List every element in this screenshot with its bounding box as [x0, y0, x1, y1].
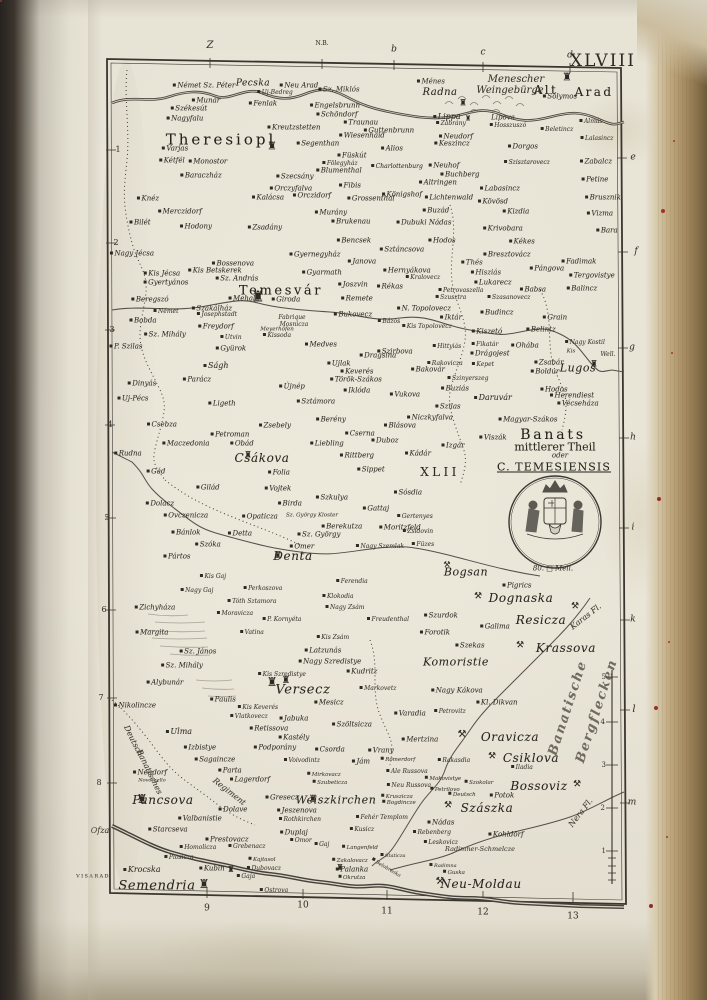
map-label: Nagy Kostil	[565, 340, 605, 346]
map-label: Gresecz	[266, 795, 299, 802]
frame-coordinate-label: 4	[107, 421, 112, 429]
map-label: Pártos	[163, 554, 190, 561]
map-label: Sz. György Kloster	[286, 513, 338, 519]
map-label: Kis Gaj	[200, 574, 226, 580]
frame-coordinate-label: 5	[104, 514, 109, 522]
map-label: Szisztarovecz	[504, 160, 550, 166]
map-label: Nagy Gaj	[181, 588, 214, 594]
map-label: Hisziás	[471, 270, 501, 277]
red-edge-speckles	[0, 0, 2, 2]
map-label: Thés	[461, 260, 482, 267]
map-label: Szokolar	[465, 780, 494, 787]
map-label: Arad	[575, 86, 614, 98]
map-label: Kohldörf	[488, 832, 523, 839]
map-label: Rékas	[377, 284, 403, 291]
map-label: Gád	[147, 469, 166, 476]
map-label: Fikatár	[472, 342, 499, 348]
map-label: Makovistye	[425, 776, 461, 783]
map-label: Dolacz	[146, 501, 174, 508]
scanned-atlas-page: TheresioplTemesvárAltAradBanatsmittlerer…	[0, 0, 707, 1000]
map-label: Vizma	[587, 211, 613, 218]
map-label: Német Sz. Péter	[173, 83, 235, 90]
map-label: Parácz	[183, 377, 211, 384]
map-label: Semendria	[118, 880, 195, 893]
map-label: Kl. Dikvan	[476, 700, 517, 707]
map-label: Segenthan	[297, 141, 340, 148]
map-label: Römerdorf	[381, 757, 416, 764]
scale-tick-number: 3	[602, 761, 606, 769]
map-label: Iktár	[440, 315, 462, 322]
map-layer: TheresioplTemesvárAltAradBanatsmittlerer…	[0, 0, 707, 1000]
map-label: Kövösd	[478, 199, 508, 206]
map-label: Medves	[305, 342, 337, 349]
map-label: Iklóda	[344, 388, 371, 395]
map-label: Bánlok	[171, 530, 200, 537]
map-label: Boldur	[531, 369, 559, 376]
map-label: Kizdia	[503, 209, 530, 216]
map-label: Szurdok	[424, 613, 458, 620]
map-label: Dolave	[219, 807, 248, 814]
map-label: Forotik	[420, 630, 450, 637]
map-label: Babsa	[520, 287, 546, 294]
map-label: Knéz	[137, 196, 159, 203]
map-label: Beletincz	[541, 127, 574, 133]
map-label: Markovetz	[360, 686, 397, 692]
mine-hammer-pick-icon: ⚒	[488, 753, 496, 762]
map-label: Kudritz	[347, 669, 378, 676]
map-label: Csákova	[234, 452, 289, 464]
map-label: Staticza	[381, 853, 406, 859]
map-label: Jabuka	[280, 716, 309, 723]
map-label: Török-Szákos	[330, 377, 382, 384]
map-label: Ujlak	[327, 361, 350, 368]
town-tower-icon: ♜	[562, 72, 572, 83]
map-label: Bukovecz	[334, 312, 372, 319]
map-label: Jeszenova	[277, 808, 317, 815]
map-label: Szasanovecz	[488, 295, 531, 301]
map-label: Ohába	[511, 343, 539, 350]
town-tower-icon: ♜	[137, 793, 148, 805]
town-tower-icon: ♜	[251, 290, 264, 305]
map-label: Keverés	[341, 369, 374, 376]
frame-coordinate-label: 12	[477, 909, 488, 918]
map-label: Szekas	[455, 643, 484, 650]
map-label: Retissova	[250, 726, 289, 733]
map-label: Ságh	[203, 362, 228, 370]
map-label: Daruvár	[474, 394, 512, 402]
map-label: Kiszetó	[472, 329, 502, 336]
map-label: Gertenyes	[397, 514, 433, 520]
map-label: Petroman	[211, 432, 250, 439]
map-label: Rudna	[114, 451, 141, 458]
map-label: Krassova	[536, 642, 596, 654]
map-label: Iladia	[511, 765, 533, 771]
map-label: Gattaj	[363, 506, 389, 513]
map-label: Radimna	[429, 863, 456, 869]
map-label: Zsebely	[259, 423, 291, 430]
map-label: Budincz	[481, 310, 514, 317]
town-tower-icon: ♜	[267, 676, 278, 688]
map-label: Vukova	[390, 392, 420, 399]
map-label: Voivodintz	[284, 758, 320, 764]
map-label: Radna	[422, 88, 457, 98]
map-label: Szinyerszeg	[448, 376, 489, 382]
map-label: Kis Betskerek	[188, 268, 242, 275]
map-label: Ménes	[417, 79, 445, 86]
map-label: Vrany	[368, 748, 394, 755]
map-label: Buchberg	[440, 172, 479, 179]
map-label: Starcseva	[148, 827, 187, 834]
map-label: Galima	[480, 624, 510, 631]
frame-coordinate-label: g	[629, 344, 635, 353]
map-label: Ligeth	[208, 401, 235, 408]
map-label: Almás	[579, 119, 602, 125]
map-label: Merczidorf	[158, 209, 202, 216]
map-label: Kissoda	[263, 333, 291, 339]
map-label: Nagy Kákova	[431, 688, 482, 695]
map-label: Gyertyános	[144, 280, 189, 287]
map-label: Balincz	[567, 286, 597, 293]
frame-coordinate-label: f	[634, 248, 637, 257]
map-label: Dubuki Nádas	[397, 220, 452, 227]
mine-hammer-pick-icon: ⚒	[571, 603, 579, 612]
map-label: oder	[552, 453, 568, 460]
map-label: Folia	[268, 470, 290, 477]
map-label: Niczkyfalva	[407, 415, 453, 422]
map-label: Duplaj	[280, 830, 308, 837]
town-tower-icon: ♜	[274, 552, 281, 560]
mine-hammer-pick-icon: ⚒	[436, 877, 445, 887]
frame-coordinate-label: m	[628, 799, 637, 808]
map-label: Omor	[290, 838, 312, 844]
map-label: Nádas	[427, 820, 454, 827]
map-label: P. Kornyéta	[263, 617, 302, 623]
map-label: Füzes	[412, 542, 434, 548]
map-label: Tóth Sztamora	[228, 599, 277, 605]
map-label: Neu Russova	[387, 783, 431, 789]
map-label: Nagy Zsám	[326, 605, 365, 611]
map-label: 80. □ Meil.	[533, 566, 573, 573]
map-label: Krocska	[123, 866, 160, 874]
map-label: Varjas	[162, 146, 188, 153]
map-label: Brusznik	[585, 195, 621, 202]
map-label: Dinyás	[128, 381, 157, 388]
map-label: Jám	[352, 759, 370, 766]
map-label: Baraczház	[180, 173, 221, 180]
map-label: Grain	[543, 315, 567, 322]
map-label: Murány	[315, 210, 347, 217]
map-label: Csiklova	[503, 752, 559, 764]
book-binding-shadow	[0, 0, 95, 1000]
map-label: Fibis	[339, 183, 361, 190]
scale-tick-number: 5	[602, 673, 606, 681]
map-label: Janova	[348, 259, 376, 266]
map-label: Klokodia	[322, 594, 353, 600]
map-label: Fenlak	[249, 101, 277, 108]
map-label: Omer	[290, 544, 314, 551]
map-label: Grossenthal	[347, 196, 394, 203]
map-label: Ulma	[166, 728, 192, 736]
map-label: Munár	[192, 98, 220, 105]
map-label: Székesút	[171, 106, 207, 113]
map-label: Sólymos	[543, 94, 577, 101]
map-label: Rebenberg	[413, 830, 451, 836]
frame-coordinate-label: h	[630, 434, 636, 443]
frame-coordinate-label: 9	[204, 905, 210, 914]
map-label: Füskút	[337, 153, 366, 160]
map-label: Remete	[341, 296, 373, 303]
map-label: Hodos	[428, 238, 455, 245]
map-label: Novoszello	[138, 779, 166, 784]
frame-coordinate-label: 3	[109, 326, 114, 334]
map-label: Buziás	[441, 386, 469, 393]
map-label: Gaja	[237, 874, 255, 880]
map-label: Vécseháza	[557, 401, 598, 408]
map-label: Sz. Miklós	[318, 87, 359, 94]
map-label: Sz. Mihály	[161, 663, 203, 670]
town-tower-icon: ♜	[199, 878, 210, 890]
map-label: Neuhof	[429, 163, 460, 170]
scale-tick-number: 1	[602, 847, 606, 855]
scale-tick-number: 2	[601, 804, 605, 812]
map-label: Német	[154, 309, 179, 315]
map-label: Josephstadt	[197, 312, 237, 318]
map-label: Nagy Szemlak	[356, 544, 404, 550]
map-label: Traunau	[344, 120, 378, 127]
map-label: Petrovitz	[434, 709, 466, 715]
page-number: XLVIII	[570, 51, 636, 71]
map-label: Vlatkovecz	[230, 714, 267, 720]
map-label: Wiesenhaid	[339, 133, 385, 140]
map-label: Lagerdorf	[230, 777, 270, 784]
map-label: Csorda	[315, 747, 345, 754]
map-label: Resicza	[516, 614, 567, 626]
map-label: Beregszó	[131, 297, 168, 304]
map-label: Kepet	[472, 362, 494, 368]
map-label: Sz. Mihály	[144, 332, 186, 339]
map-label: Homolicza	[180, 845, 217, 851]
map-label: Szkulya	[316, 495, 348, 502]
map-label: Szecsány	[276, 174, 313, 181]
frame-coordinate-label: e	[630, 154, 635, 163]
map-label: Sagaincze	[195, 757, 236, 764]
town-tower-icon: ♜	[336, 864, 343, 872]
map-label: Izbistye	[184, 745, 216, 752]
mine-hammer-pick-icon: ⚒	[444, 802, 452, 811]
map-label: Szászka	[461, 802, 514, 814]
page-curve-highlight	[88, 0, 102, 1000]
map-label: Ferendia	[336, 579, 368, 585]
map-label: Nagy Jécsa	[110, 251, 154, 258]
map-label: Orczidorf	[293, 193, 331, 200]
map-label: Detta	[228, 531, 252, 538]
map-label: N. Topolovecz	[397, 306, 451, 313]
map-label: Viszák	[479, 435, 506, 442]
map-label: Gyernegyház	[290, 252, 341, 259]
town-tower-icon: ♜	[227, 866, 234, 874]
map-label: Lipova	[491, 115, 515, 122]
map-label: Sztámora	[297, 399, 335, 406]
map-label: Hodony	[180, 224, 212, 231]
map-label: Tergovistye	[569, 273, 615, 280]
map-label: Monostor	[189, 159, 228, 166]
map-label: Szóka	[195, 542, 221, 549]
map-label: Charlottenburg	[371, 164, 423, 170]
map-label: Dubovacz	[247, 866, 281, 872]
map-label: Keszincz	[434, 141, 469, 148]
map-label: Nagyfalu	[167, 116, 204, 123]
town-tower-icon: ♜	[459, 100, 467, 109]
map-label: Labasincz	[480, 186, 520, 193]
map-label: Parta	[218, 768, 241, 775]
town-tower-icon: ♜	[244, 452, 252, 461]
map-label: Zsadány	[248, 225, 282, 232]
map-label: Menescher	[488, 75, 544, 85]
map-label: Utvin	[220, 335, 241, 341]
map-label: Bilét	[129, 220, 150, 227]
frame-coordinate-label: 10	[297, 902, 308, 911]
town-tower-icon: ♜	[465, 116, 471, 123]
map-label: Kis Keverés	[238, 705, 278, 711]
frame-coordinate-label: 1	[115, 146, 120, 154]
map-label: Bázos	[378, 319, 400, 325]
map-label: Paulis	[210, 697, 236, 704]
map-label: Szubeticza	[313, 780, 348, 787]
frame-coordinate-label: b	[391, 46, 397, 55]
town-tower-icon: ♜	[267, 141, 277, 152]
map-label: Bogdincze	[382, 800, 415, 807]
map-label: Alybunár	[147, 680, 184, 687]
map-label: Ovczenicza	[164, 513, 208, 520]
map-label: Nikolincze	[114, 703, 156, 710]
mine-hammer-pick-icon: ⚒	[573, 781, 581, 790]
map-label: Sósdia	[394, 490, 422, 497]
map-label: Lukarecz	[474, 280, 511, 287]
map-label: Uj-Pécs	[118, 396, 149, 403]
map-label: Valbanistie	[178, 816, 222, 823]
map-label: Brukenau	[331, 219, 370, 226]
map-label: Berekutza	[322, 524, 363, 531]
map-label: Gaj	[315, 842, 330, 848]
map-label: Hittyiás	[433, 344, 461, 350]
map-label: Opaticza	[242, 514, 278, 521]
map-label: Vojtek	[265, 486, 292, 493]
map-label: Kralovecz	[406, 275, 440, 281]
map-label: Okrutza	[339, 875, 366, 882]
map-label: Langenfeld	[342, 845, 378, 852]
frame-coordinate-label: i	[632, 524, 635, 533]
frame-coordinate-label: 2	[113, 239, 118, 247]
map-label: Drágojest	[470, 351, 509, 358]
frame-coordinate-label: 13	[567, 913, 578, 922]
map-label: Alios	[381, 146, 403, 153]
map-label: Well.	[601, 352, 616, 358]
map-label: Kis	[567, 349, 576, 355]
map-label: Duboz	[371, 438, 398, 445]
map-label: Uj-Bedreg	[257, 90, 293, 96]
map-label: Pángova	[530, 266, 564, 273]
frame-coordinate-label: k	[630, 616, 635, 625]
map-label: XLII	[420, 466, 459, 478]
map-label: Belintz	[526, 327, 555, 334]
map-label: Vatina	[240, 630, 264, 636]
map-label: Grebenacz	[228, 844, 265, 850]
town-tower-icon: ♜	[282, 676, 291, 686]
map-label: Altringen	[419, 180, 457, 187]
map-label: Mesicz	[314, 700, 343, 707]
map-label: Rakasdia	[438, 758, 470, 764]
map-label: Joszvin	[338, 282, 368, 289]
map-label: Gyarmath	[302, 270, 342, 277]
map-label: Lalasincz	[581, 136, 614, 142]
map-label: Perkoszova	[244, 586, 283, 592]
map-label: Neu-Moldau	[440, 878, 521, 890]
map-label: Petine	[582, 177, 609, 184]
map-label: Radimner-Schmelcze	[445, 846, 515, 853]
mine-hammer-pick-icon: ⚒	[474, 593, 482, 602]
map-label: Blásova	[384, 423, 416, 430]
map-label: Maczedonia	[162, 441, 209, 448]
map-label: Sztáncsova	[380, 247, 424, 254]
mine-hammer-pick-icon: ⚒	[458, 730, 467, 740]
map-label: Kádár	[405, 451, 431, 458]
map-label: Bakovár	[411, 367, 445, 374]
map-label: Fadimak	[562, 259, 597, 266]
map-label: C. TEMESIENSIS	[497, 462, 611, 473]
map-label: Kreutzstetten	[267, 125, 320, 132]
map-label: Podporány	[254, 745, 296, 752]
map-label: Guska	[443, 870, 465, 877]
map-label: Bresztovácz	[483, 252, 530, 259]
map-label: Ale Russova	[386, 769, 427, 775]
map-label: Szilas	[435, 404, 460, 411]
map-label: Freydorf	[198, 324, 233, 331]
map-label: Cserna	[345, 431, 375, 438]
map-label: Weingebürge	[476, 86, 543, 96]
frame-coordinate-label: 6	[101, 606, 106, 614]
map-label: Komoristie	[423, 657, 489, 668]
frame-coordinate-label: N.B.	[315, 41, 328, 47]
map-label: Giroda	[272, 297, 301, 304]
map-label: Kis Topolovecz	[402, 324, 451, 330]
map-label: Varadia	[394, 711, 426, 718]
map-label: Dorgos	[508, 144, 538, 151]
mine-hammer-pick-icon: ⚒	[443, 561, 450, 569]
map-label: Szirbova	[377, 349, 412, 356]
map-label: Dognaska	[489, 592, 554, 604]
map-label: Mirkovacz	[307, 772, 341, 779]
map-label: Margita	[136, 630, 169, 637]
map-label: Szusztra	[436, 295, 467, 301]
frame-coordinate-label: 11	[381, 908, 392, 917]
map-label: Magyar-Szákos	[499, 417, 558, 424]
map-label: Zábrány	[436, 121, 466, 127]
map-label: Bara	[596, 228, 617, 235]
map-label: Latzunás	[305, 648, 342, 655]
map-label: Kétfél	[159, 158, 184, 165]
map-label: Belobreska	[370, 857, 401, 879]
map-label: Plosicza	[164, 855, 193, 861]
map-label: Nera Fl.	[568, 797, 595, 828]
map-label: Pecska	[236, 80, 270, 89]
map-label: Kis Zsám	[317, 635, 349, 641]
map-label: Kajtasol	[249, 857, 276, 864]
map-label: Kubin	[199, 866, 224, 873]
page-edge-top	[637, 0, 707, 90]
map-label: Krivobara	[483, 226, 523, 233]
map-label: Hosszuszó	[490, 123, 526, 129]
map-label: Buzád	[423, 208, 450, 215]
